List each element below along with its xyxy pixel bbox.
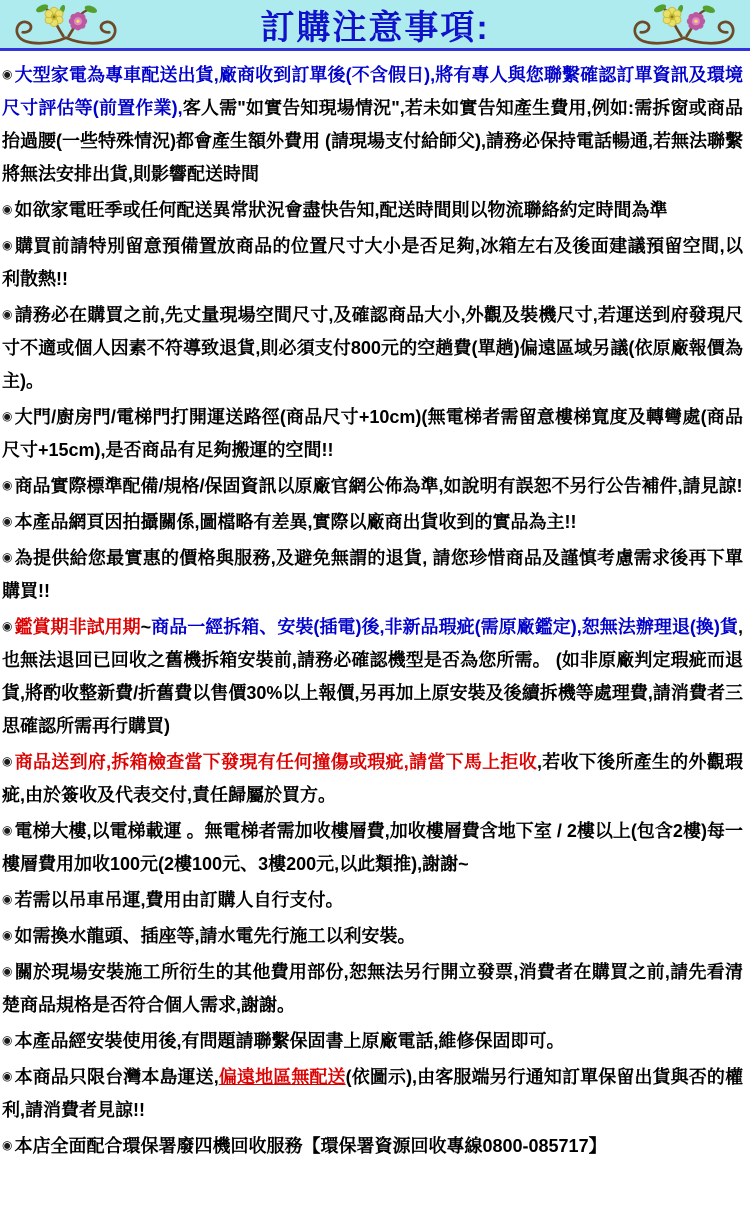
bullet-icon: ◉ bbox=[2, 238, 13, 252]
bullet-icon: ◉ bbox=[2, 550, 13, 564]
notice-item: ◉商品送到府,拆箱檢查當下發現有任何撞傷或瑕疵,請當下馬上拒收,若收下後所產生的… bbox=[2, 745, 743, 812]
notice-text-black: 為提供給您最實惠的價格與服務,及避免無謂的退貨, 請您珍惜商品及謹慎考慮需求後再… bbox=[2, 548, 743, 601]
notice-text-black: 本商品只限台灣本島運送, bbox=[15, 1067, 219, 1087]
notice-item: ◉鑑賞期非試用期~商品一經拆箱、安裝(插電)後,非新品瑕疵(需原廠鑑定),恕無法… bbox=[2, 610, 743, 743]
notice-item: ◉電梯大樓,以電梯載運 。無電梯者需加收樓層費,加收樓層費含地下室 / 2樓以上… bbox=[2, 814, 743, 881]
floral-flourish-icon-left bbox=[10, 1, 122, 47]
notice-item: ◉本店全面配合環保署廢四機回收服務【環保署資源回收專線0800-085717】 bbox=[2, 1129, 743, 1163]
floral-flourish-icon-right bbox=[628, 1, 740, 47]
bullet-icon: ◉ bbox=[2, 1138, 12, 1152]
notice-text-black: 電梯大樓,以電梯載運 。無電梯者需加收樓層費,加收樓層費含地下室 / 2樓以上(… bbox=[2, 821, 743, 874]
notice-text-red: 商品送到府,拆箱檢查當下發現有任何撞傷或瑕疵,請當下馬上拒收 bbox=[15, 752, 537, 772]
notice-text-black: ~ bbox=[141, 617, 152, 637]
order-notice-page: 訂購注意事項: bbox=[0, 0, 750, 1175]
bullet-icon: ◉ bbox=[2, 619, 13, 633]
bullet-icon: ◉ bbox=[2, 67, 13, 81]
notice-item: ◉本產品經安裝使用後,有問題請聯繫保固書上原廠電話,維修保固即可。 bbox=[2, 1024, 743, 1058]
bullet-icon: ◉ bbox=[2, 1033, 12, 1047]
notice-item: ◉關於現場安裝施工所衍生的其他費用部份,恕無法另行開立發票,消費者在購買之前,請… bbox=[2, 955, 743, 1022]
notice-text-black: 商品實際標準配備/規格/保固資訊以原廠官網公佈為準,如說明有誤恕不另行公告補件,… bbox=[14, 476, 742, 496]
notice-item: ◉購買前請特別留意預備置放商品的位置尺寸大小是否足夠,冰箱左右及後面建議預留空間… bbox=[2, 229, 743, 296]
notice-text-black: 本產品網頁因拍攝關係,圖檔略有差異,實際以廠商出貨收到的實品為主!! bbox=[14, 512, 576, 532]
bullet-icon: ◉ bbox=[2, 964, 13, 978]
bullet-icon: ◉ bbox=[2, 202, 12, 216]
notice-item: ◉大門/廚房門/電梯門打開運送路徑(商品尺寸+10cm)(無電梯者需留意樓梯寬度… bbox=[2, 400, 743, 467]
bullet-icon: ◉ bbox=[2, 478, 12, 492]
notice-list: ◉大型家電為專車配送出貨,廠商收到訂單後(不含假日),將有專人與您聯繫確認訂單資… bbox=[0, 51, 750, 1175]
notice-text-black: 若需以吊車吊運,費用由訂購人自行支付。 bbox=[14, 890, 343, 910]
notice-text-black: 關於現場安裝施工所衍生的其他費用部份,恕無法另行開立發票,消費者在購買之前,請先… bbox=[2, 962, 743, 1015]
page-title: 訂購注意事項: bbox=[260, 0, 489, 49]
notice-item: ◉如需換水龍頭、插座等,請水電先行施工以利安裝。 bbox=[2, 919, 743, 953]
notice-item: ◉大型家電為專車配送出貨,廠商收到訂單後(不含假日),將有專人與您聯繫確認訂單資… bbox=[2, 58, 743, 191]
notice-text-black: 本產品經安裝使用後,有問題請聯繫保固書上原廠電話,維修保固即可。 bbox=[14, 1031, 564, 1051]
notice-text-black: 請務必在購買之前,先丈量現場空間尺寸,及確認商品大小,外觀及裝機尺寸,若運送到府… bbox=[2, 305, 743, 391]
bullet-icon: ◉ bbox=[2, 1069, 13, 1083]
notice-item: ◉商品實際標準配備/規格/保固資訊以原廠官網公佈為準,如說明有誤恕不另行公告補件… bbox=[2, 469, 743, 503]
bullet-icon: ◉ bbox=[2, 514, 12, 528]
notice-item: ◉為提供給您最實惠的價格與服務,及避免無謂的退貨, 請您珍惜商品及謹慎考慮需求後… bbox=[2, 541, 743, 608]
notice-item: ◉若需以吊車吊運,費用由訂購人自行支付。 bbox=[2, 883, 743, 917]
notice-text-red: 鑑賞期非試用期 bbox=[15, 617, 141, 637]
bullet-icon: ◉ bbox=[2, 928, 12, 942]
bullet-icon: ◉ bbox=[2, 892, 12, 906]
notice-text-red: 偏遠地區無配送 bbox=[219, 1067, 346, 1087]
notice-text-black: 如欲家電旺季或任何配送異常狀況會盡快告知,配送時間則以物流聯絡約定時間為準 bbox=[14, 200, 667, 220]
notice-text-black: 本店全面配合環保署廢四機回收服務【環保署資源回收專線0800-085717】 bbox=[14, 1136, 606, 1156]
notice-item: ◉本產品網頁因拍攝關係,圖檔略有差異,實際以廠商出貨收到的實品為主!! bbox=[2, 505, 743, 539]
bullet-icon: ◉ bbox=[2, 823, 12, 837]
notice-text-blue: 商品一經拆箱、安裝(插電)後,非新品瑕疵(需原廠鑑定),恕無法辦理退(換)貨 bbox=[151, 617, 738, 637]
bullet-icon: ◉ bbox=[2, 307, 13, 321]
notice-item: ◉本商品只限台灣本島運送,偏遠地區無配送(依圖示),由客服端另行通知訂單保留出貨… bbox=[2, 1060, 743, 1127]
bullet-icon: ◉ bbox=[2, 409, 13, 423]
notice-text-black: 購買前請特別留意預備置放商品的位置尺寸大小是否足夠,冰箱左右及後面建議預留空間,… bbox=[2, 236, 743, 289]
header-band: 訂購注意事項: bbox=[0, 0, 750, 48]
bullet-icon: ◉ bbox=[2, 754, 13, 768]
notice-item: ◉如欲家電旺季或任何配送異常狀況會盡快告知,配送時間則以物流聯絡約定時間為準 bbox=[2, 193, 743, 227]
notice-item: ◉請務必在購買之前,先丈量現場空間尺寸,及確認商品大小,外觀及裝機尺寸,若運送到… bbox=[2, 298, 743, 398]
notice-text-black: 大門/廚房門/電梯門打開運送路徑(商品尺寸+10cm)(無電梯者需留意樓梯寬度及… bbox=[2, 407, 743, 460]
notice-text-black: 如需換水龍頭、插座等,請水電先行施工以利安裝。 bbox=[14, 926, 415, 946]
